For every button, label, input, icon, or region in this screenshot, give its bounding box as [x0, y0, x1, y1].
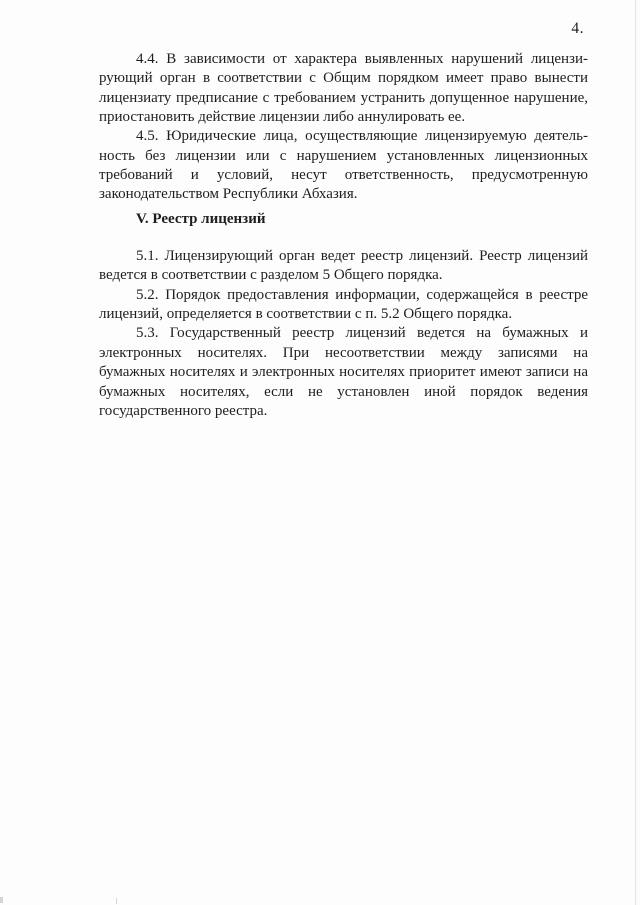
document-page: 4. 4.4. В зависимости от характера выявл…: [0, 0, 640, 905]
scan-speck: [116, 898, 117, 904]
text-line: законодательством Республики Абхазия.: [99, 185, 588, 204]
text-line: бумажных носителях, если не установлен и…: [99, 383, 588, 402]
text-line: государственного реестра.: [99, 402, 588, 421]
scan-edge-artifact: [635, 0, 636, 905]
text-line: бумажных носителях и электронных носител…: [99, 363, 588, 382]
document-body: 4.4. В зависимости от характера выявленн…: [99, 50, 588, 421]
text-line: 5.1. Лицензирующий орган ведет реестр ли…: [99, 247, 588, 266]
text-line: электронных носителях. При несоответстви…: [99, 344, 588, 363]
section-heading-reestr-licenzij: V. Реестр лицензий: [99, 210, 588, 229]
text-line: ведется в соответствии с разделом 5 Обще…: [99, 266, 588, 285]
text-line: требований и условий, несут ответственно…: [99, 166, 588, 185]
text-line: 5.2. Порядок предоставления информации, …: [99, 286, 588, 305]
text-line: 5.3. Государственный реестр лицензий вед…: [99, 324, 588, 343]
text-line: рующий орган в соответствии с Общим поря…: [99, 69, 588, 88]
text-line: лицензиату предписание с требованием уст…: [99, 89, 588, 108]
text-line: ность без лицензии или с нарушением уста…: [99, 147, 588, 166]
text-line: приостановить действие лицензии либо анн…: [99, 108, 588, 127]
paragraph-4-4: 4.4. В зависимости от характера выявленн…: [99, 50, 588, 127]
text-line: 4.4. В зависимости от характера выявленн…: [99, 50, 588, 69]
text-line: 4.5. Юридические лица, осуществляющие ли…: [99, 127, 588, 146]
paragraph-5-2: 5.2. Порядок предоставления информации, …: [99, 286, 588, 325]
paragraph-5-1: 5.1. Лицензирующий орган ведет реестр ли…: [99, 247, 588, 286]
scan-speck: [0, 897, 3, 903]
page-number: 4.: [0, 19, 584, 38]
paragraph-5-3: 5.3. Государственный реестр лицензий вед…: [99, 324, 588, 421]
text-line: лицензий, определяется в соответствии с …: [99, 305, 588, 324]
paragraph-4-5: 4.5. Юридические лица, осуществляющие ли…: [99, 127, 588, 204]
